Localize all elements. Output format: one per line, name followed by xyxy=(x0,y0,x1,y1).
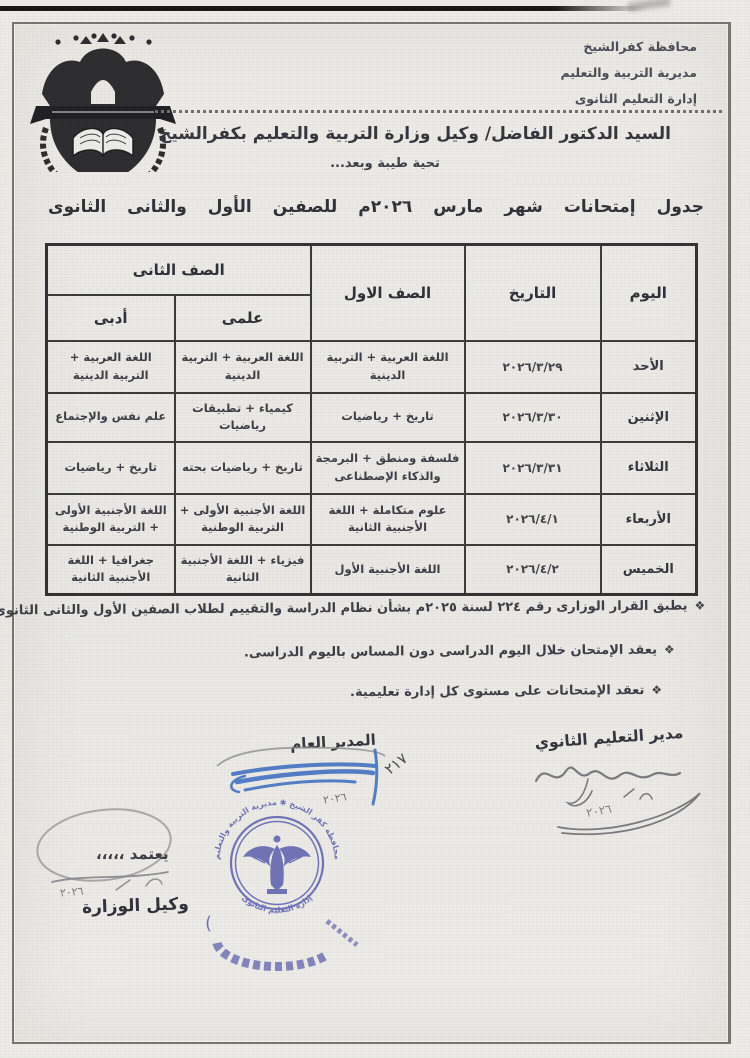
first-grade-cell: اللغة الأجنبية الأول xyxy=(311,545,465,595)
date-cell: ٢٠٢٦/٤/١ xyxy=(465,494,601,545)
first-grade-cell: علوم متكاملة + اللغة الأجنبية الثانية xyxy=(311,494,465,545)
note-text: تعقد الإمتحانات على مستوى كل إدارة تعليم… xyxy=(350,683,644,700)
science-cell: فيزياء + اللغة الأجنبية الثانية xyxy=(175,545,311,595)
first-grade-cell: تاريخ + رياضيات xyxy=(311,393,465,442)
official-stamp: محافظة كفر الشيخ ✱ مديرية التربية والتعل… xyxy=(205,793,370,973)
date-cell: ٢٠٢٦/٣/٣١ xyxy=(465,442,601,494)
day-cell: الإثنين xyxy=(601,393,697,442)
handwritten-year-mark: ٢٠٢٦ xyxy=(585,802,613,820)
col-header-first-grade: الصف الاول xyxy=(311,245,465,341)
literary-cell: جغرافيا + اللغة الأجنبية الثانية xyxy=(47,545,175,595)
science-cell: اللغة الأجنبية الأولى + التربية الوطنية xyxy=(175,494,311,545)
date-cell: ٢٠٢٦/٣/٣٠ xyxy=(465,393,601,442)
scanned-document-page: محافظة كفرالشيخ مديرية التربية والتعليم … xyxy=(0,0,750,1058)
org-line-directorate: مديرية التربية والتعليم xyxy=(540,60,697,86)
exam-schedule-table: اليوم التاريخ الصف الاول الصف الثانى علم… xyxy=(45,243,698,596)
eagle-icon xyxy=(243,836,311,895)
table-row: الإثنين ٢٠٢٦/٣/٣٠ تاريخ + رياضيات كيمياء… xyxy=(47,393,697,442)
scan-smudge xyxy=(628,0,671,12)
day-cell: الثلاثاء xyxy=(601,442,697,494)
handwritten-year-mark: ٢٠٢٦ xyxy=(59,884,84,899)
table-row: الأحد ٢٠٢٦/٣/٢٩ اللغة العربية + التربية … xyxy=(47,341,697,393)
first-grade-cell: فلسفة ومنطق + البرمجة والذكاء الإصطناعى xyxy=(311,442,465,494)
stamp-edge-mark: ( xyxy=(205,913,212,934)
undersecretary-label: وكيل الوزارة xyxy=(82,894,189,918)
literary-cell: علم نفس والإجتماع xyxy=(47,393,175,442)
table-header-row: اليوم التاريخ الصف الاول الصف الثانى xyxy=(47,245,697,295)
col-header-literary: أدبى xyxy=(47,295,175,341)
science-cell: اللغة العربية + التربية الدينية xyxy=(175,341,311,393)
day-cell: الأحد xyxy=(601,341,697,393)
approved-label: يعتمد ،،،،، xyxy=(96,845,169,863)
col-header-day: اليوم xyxy=(601,245,697,341)
table-row: الخميس ٢٠٢٦/٤/٢ اللغة الأجنبية الأول فيز… xyxy=(47,545,697,595)
science-cell: تاريخ + رياضيات بحته xyxy=(175,442,311,494)
col-header-science: علمى xyxy=(175,295,311,341)
greeting-line: تحية طيبة وبعد... xyxy=(85,156,685,171)
col-header-second-grade: الصف الثانى xyxy=(47,245,311,295)
ministry-crest-logo xyxy=(30,32,176,172)
dotted-separator xyxy=(155,110,724,113)
document-title: جدول إمتحانات شهر مارس ٢٠٢٦م للصفين الأو… xyxy=(48,197,704,217)
literary-cell: تاريخ + رياضيات xyxy=(47,442,175,494)
note-item: ❖يعقد الإمتحان خلال اليوم الدراسى دون ال… xyxy=(244,642,675,660)
note-text: يعقد الإمتحان خلال اليوم الدراسى دون الم… xyxy=(244,643,657,661)
handwritten-number-mark: ٢١٧ xyxy=(381,749,411,778)
stamp-smudged-arc xyxy=(217,943,325,967)
day-cell: الخميس xyxy=(601,545,697,595)
col-header-date: التاريخ xyxy=(465,245,601,341)
scan-edge-line xyxy=(0,6,645,11)
day-cell: الأربعاء xyxy=(601,494,697,545)
table-row: الثلاثاء ٢٠٢٦/٣/٣١ فلسفة ومنطق + البرمجة… xyxy=(47,442,697,494)
diamond-bullet-icon: ❖ xyxy=(694,598,705,612)
first-grade-cell: اللغة العربية + التربية الدينية xyxy=(311,341,465,393)
salutation-line: السيد الدكتور الفاضل/ وكيل وزارة التربية… xyxy=(115,124,715,144)
date-cell: ٢٠٢٦/٣/٢٩ xyxy=(465,341,601,393)
literary-cell: اللغة الأجنبية الأولى + التربية الوطنية xyxy=(47,494,175,545)
diamond-bullet-icon: ❖ xyxy=(651,683,662,697)
literary-cell: اللغة العربية + التربية الدينية xyxy=(47,341,175,393)
note-item: ❖تعقد الإمتحانات على مستوى كل إدارة تعلي… xyxy=(350,683,662,700)
science-cell: كيمياء + تطبيقات رياضيات xyxy=(175,393,311,442)
secondary-director-signature: ٢٠٢٦ xyxy=(528,753,708,838)
diamond-bullet-icon: ❖ xyxy=(664,642,675,656)
table-row: الأربعاء ٢٠٢٦/٤/١ علوم متكاملة + اللغة ا… xyxy=(47,494,697,545)
date-cell: ٢٠٢٦/٤/٢ xyxy=(465,545,601,595)
org-line-governorate: محافظة كفرالشيخ xyxy=(540,34,697,60)
org-line-administration: إدارة التعليم الثانوى xyxy=(540,86,697,112)
org-header: محافظة كفرالشيخ مديرية التربية والتعليم … xyxy=(540,34,697,112)
